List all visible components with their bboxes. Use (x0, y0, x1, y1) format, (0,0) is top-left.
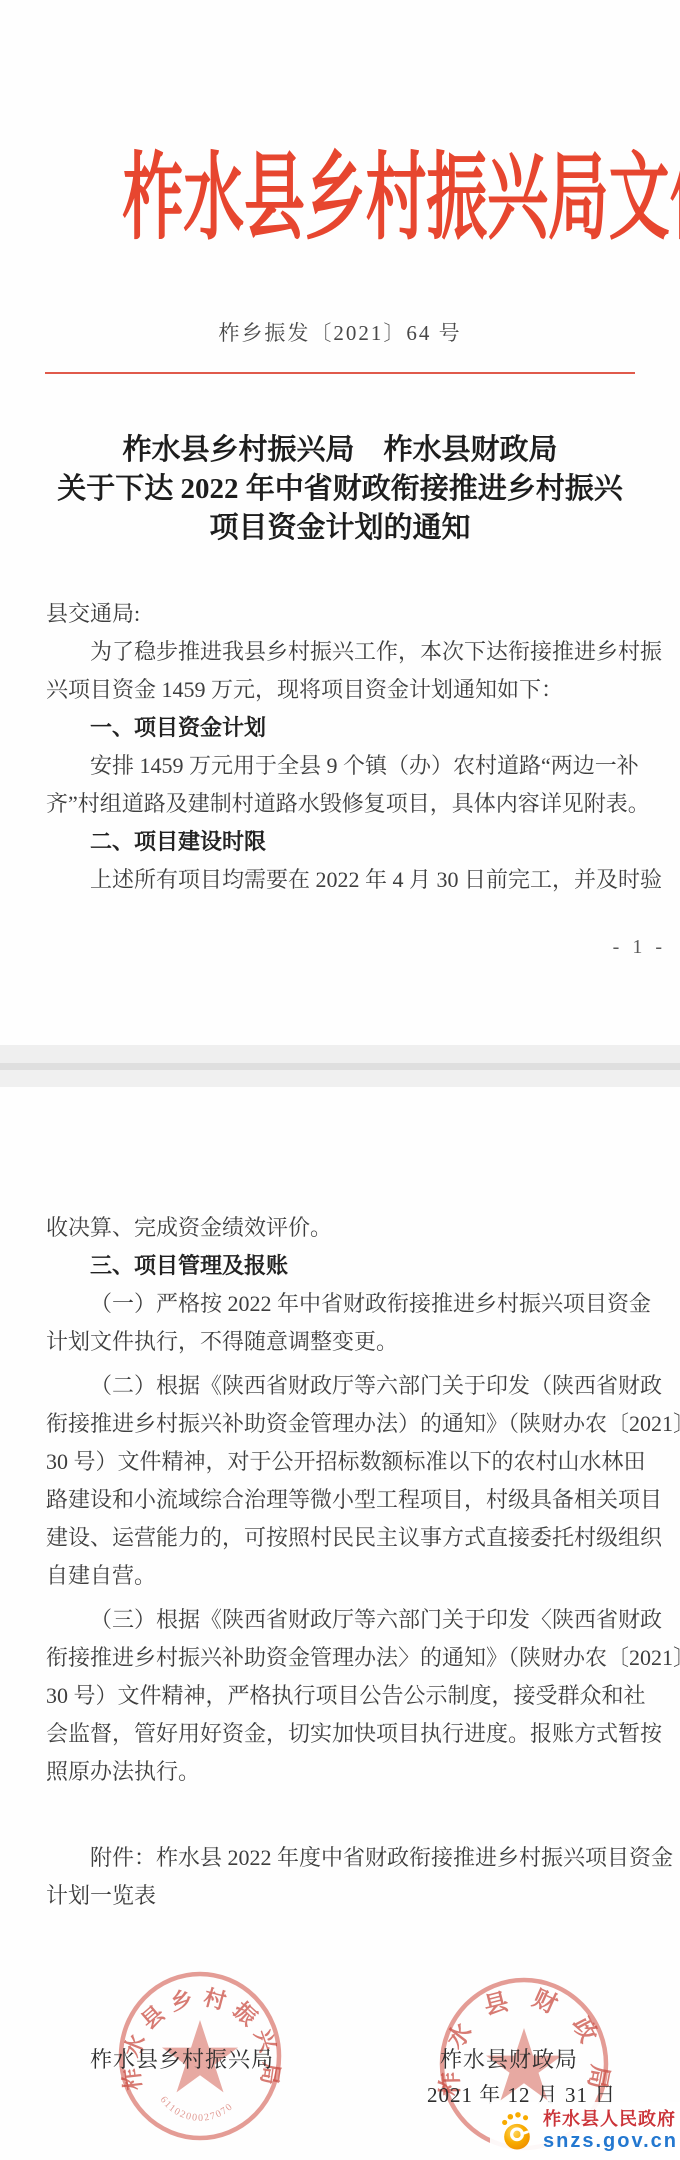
page-number: - 1 - (613, 936, 666, 959)
seal-left-serial: 6110200027070 (158, 2095, 236, 2124)
separator-strip-bottom (0, 1070, 680, 1087)
body-line: 为了稳步推进我县乡村振兴工作，本次下达衔接推进乡村振 (46, 633, 646, 671)
title-line-3: 项目资金计划的通知 (20, 509, 660, 548)
separator-strip-top (0, 1045, 680, 1063)
document-number: 柞乡振发〔2021〕64 号 (0, 317, 680, 347)
section-heading: 三、项目管理及报账 (46, 1247, 646, 1285)
page1-body: 县交通局: 为了稳步推进我县乡村振兴工作，本次下达衔接推进乡村振 兴项目资金 1… (46, 595, 646, 899)
body-line: 兴项目资金 1459 万元，现将项目资金计划通知如下： (46, 671, 646, 709)
page-break-separator (0, 1045, 680, 1087)
body-line: 建设、运营能力的，可按照村民民主议事方式直接委托村级组织 (46, 1519, 646, 1557)
attachment-line: 附件：柞水县 2022 年度中省财政衔接推进乡村振兴项目资金 (46, 1839, 646, 1877)
title-line-2: 关于下达 2022 年中省财政衔接推进乡村振兴 (20, 470, 660, 509)
body-line: （二）根据《陕西省财政厅等六部门关于印发（陕西省财政 (46, 1367, 646, 1405)
body-line: 齐”村组道路及建制村道路水毁修复项目，具体内容详见附表。 (46, 785, 646, 823)
body-line: 自建自营。 (46, 1557, 646, 1595)
body-line: 30 号）文件精神，严格执行项目公告公示制度，接受群众和社 (46, 1677, 646, 1715)
title-line-1: 柞水县乡村振兴局 柞水县财政局 (20, 431, 660, 470)
salutation: 县交通局: (46, 595, 646, 633)
watermark-text: 柞水县人民政府 snzs.gov.cn (543, 2109, 678, 2153)
gov-site-url: snzs.gov.cn (543, 2130, 678, 2153)
letterhead-divider-line (45, 372, 635, 374)
document-title: 柞水县乡村振兴局 柞水县财政局 关于下达 2022 年中省财政衔接推进乡村振兴 … (20, 431, 660, 548)
gov-site-logo-icon (498, 2110, 536, 2152)
body-line: 会监督，管好用好资金，切实加快项目执行进度。报账方式暂按 (46, 1715, 646, 1753)
body-line: 衔接推进乡村振兴补助资金管理办法）的通知》（陕财办农〔2021〕 (46, 1405, 646, 1443)
svg-text:6110200027070: 6110200027070 (158, 2095, 236, 2124)
signature-org-left: 柞水县乡村振兴局 (90, 2043, 274, 2074)
body-line: 衔接推进乡村振兴补助资金管理办法〉的通知》（陕财办农〔2021〕 (46, 1639, 646, 1677)
section-heading: 一、项目资金计划 (46, 709, 646, 747)
gov-site-name: 柞水县人民政府 (543, 2109, 678, 2130)
body-line: （一）严格按 2022 年中省财政衔接推进乡村振兴项目资金 (46, 1285, 646, 1323)
body-line: 计划文件执行，不得随意调整变更。 (46, 1323, 646, 1361)
body-line: 安排 1459 万元用于全县 9 个镇（办）农村道路“两边一补 (46, 747, 646, 785)
letterhead-title: 柞水县乡村振兴局文件 (122, 144, 557, 252)
site-watermark: 柞水县人民政府 snzs.gov.cn (490, 2102, 680, 2160)
body-line: 收决算、完成资金绩效评价。 (46, 1209, 646, 1247)
body-line: （三）根据《陕西省财政厅等六部门关于印发〈陕西省财政 (46, 1601, 646, 1639)
body-line: 上述所有项目均需要在 2022 年 4 月 30 日前完工，并及时验 (46, 861, 646, 899)
body-line: 路建设和小流域综合治理等微小型工程项目，村级具备相关项目 (46, 1481, 646, 1519)
section-heading: 二、项目建设时限 (46, 823, 646, 861)
body-line: 30 号）文件精神，对于公开招标数额标准以下的农村山水林田 (46, 1443, 646, 1481)
signature-org-right: 柞水县财政局 (440, 2043, 578, 2074)
body-line: 照原办法执行。 (46, 1753, 646, 1791)
attachment-line: 计划一览表 (46, 1877, 646, 1915)
page2-body: 收决算、完成资金绩效评价。 三、项目管理及报账 （一）严格按 2022 年中省财… (46, 1209, 646, 1791)
attachment-note: 附件：柞水县 2022 年度中省财政衔接推进乡村振兴项目资金 计划一览表 (46, 1839, 646, 1915)
separator-strip-middle (0, 1063, 680, 1070)
official-document-page: 柞水县乡村振兴局文件 柞乡振发〔2021〕64 号 柞水县乡村振兴局 柞水县财政… (0, 0, 680, 2160)
